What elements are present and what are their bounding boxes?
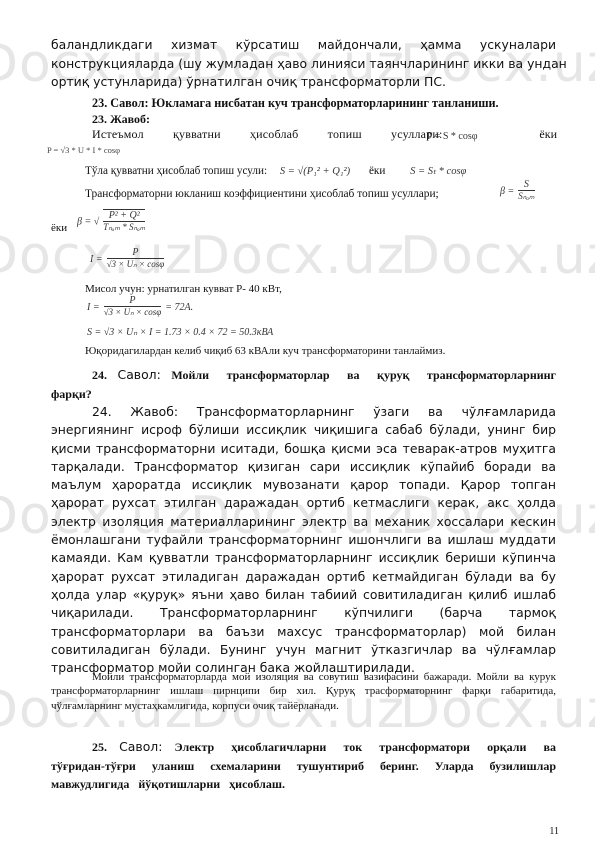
document-page: Docx.uz Docx.uz Docx.uz Docx.uz Docx.uz … — [0, 0, 595, 842]
q23-active-power-line: Истеъмол қувватни ҳисоблаб топиш усуллар… — [92, 128, 557, 141]
example-power-formula: S = √3 × Uₙ × I = 1.73 × 0.4 × 72 = 50.3… — [87, 327, 273, 338]
formula-beta1: β = S Sₙₒₘ — [500, 179, 535, 202]
fraction: P² + Q² Tₙₒₘ * Sₙₒₘ — [103, 209, 145, 233]
watermark: Docx.uz — [400, 226, 595, 286]
formula-lhs: β = — [500, 186, 514, 197]
q23-conclusion: Юқоридагилардан келиб чиқиб 63 кВАли куч… — [85, 345, 445, 358]
q24-question: 24. Савол: Мойли трансформаторлар ва қур… — [51, 366, 556, 403]
fraction-denominator: Sₙₒₘ — [518, 191, 534, 202]
or-text: ёки — [539, 128, 557, 141]
apparent-power-text: Тўла қувватни ҳисоблаб топиш усули: — [85, 165, 267, 177]
q24-number: 24. — [92, 368, 107, 382]
intro-paragraph: баландликдаги хизмат кўрсатиш майдончали… — [51, 36, 556, 92]
q23-load-coef-line: Трансформаторни юкланиш коэффициентини ҳ… — [85, 188, 439, 201]
fraction-denominator: Tₙₒₘ * Sₙₒₘ — [103, 222, 145, 233]
formula-p1: P = S * cosφ — [427, 130, 478, 143]
formula-s1: S = √(P₁² + Q₁²) — [280, 166, 350, 177]
q24-note: Мойли трансформаторларда мой изоляция ва… — [51, 670, 556, 713]
formula-result: = 72A. — [165, 302, 193, 313]
intro-line: баландликдаги хизмат кўрсатиш майдончали… — [51, 36, 556, 55]
formula-lhs: I = — [87, 302, 100, 313]
intro-line: конструкцияларда (шу жумладан ҳаво линия… — [51, 55, 556, 74]
page-number: 11 — [549, 826, 559, 837]
fraction: P √3 × Uₙ × cosφ — [107, 247, 165, 270]
formula-lhs: I = — [90, 254, 103, 265]
or-text: ёки — [51, 222, 67, 235]
formula-current: I = P √3 × Uₙ × cosφ — [90, 247, 164, 270]
example-current-formula: I = P √3 × Uₙ × cosφ = 72A. — [87, 295, 193, 318]
q25-label: Савол: — [119, 739, 162, 754]
fraction-numerator: P² + Q² — [103, 210, 145, 222]
q24-answer: 24. Жавоб: Трансформаторларнинг ўзаги ва… — [51, 403, 556, 677]
q23-question: 23. Савол: Юкламага нисбатан куч трансфо… — [92, 96, 499, 111]
fraction-numerator: P — [104, 295, 162, 307]
intro-line: ортиқ устунларида) ўрнатилган очиқ транс… — [51, 73, 556, 92]
fraction: S Sₙₒₘ — [518, 179, 534, 202]
formula-beta2: β = √ P² + Q² Tₙₒₘ * Sₙₒₘ — [77, 209, 145, 233]
fraction: P √3 × Uₙ × cosφ — [104, 295, 162, 318]
q23-apparent-power-line: Тўла қувватни ҳисоблаб топиш усули: S = … — [85, 165, 466, 178]
fraction-numerator: P — [107, 247, 165, 259]
q25-question: 25. Савол: Электр ҳисоблагичларни ток тр… — [51, 738, 556, 793]
fraction-numerator: S — [518, 179, 534, 191]
formula-lhs: β = √ — [77, 217, 99, 228]
formula-s2: S = Sₜ * cosφ — [410, 166, 466, 177]
q23-answer-label: 23. Жавоб: — [92, 112, 150, 127]
or-text: ёки — [369, 165, 385, 177]
active-power-text: Истеъмол қувватни ҳисоблаб топиш усуллар… — [92, 127, 443, 141]
q24-label: Савол: — [118, 367, 161, 382]
fraction-denominator: √3 × Uₙ × cosφ — [107, 259, 165, 270]
formula-p2: P = √3 * U * I * cosφ — [47, 145, 120, 155]
q25-number: 25. — [92, 740, 107, 754]
watermark: Docx.uz — [190, 226, 405, 286]
fraction-denominator: √3 × Uₙ × cosφ — [104, 307, 162, 318]
load-coef-text: Трансформаторни юкланиш коэффициентини ҳ… — [85, 188, 439, 200]
